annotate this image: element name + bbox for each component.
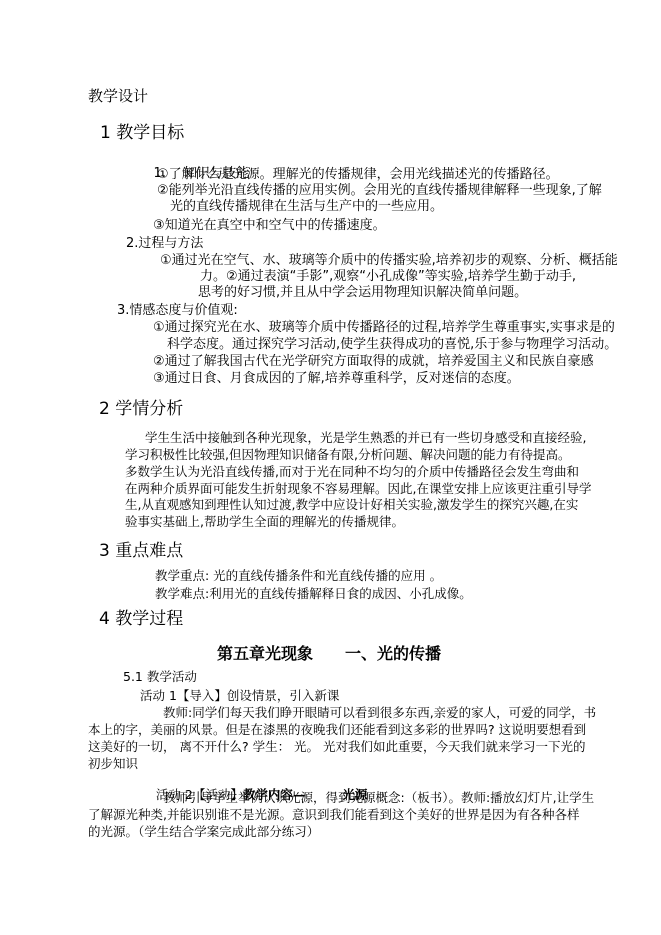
objective-emotion-line: ①通过探究光在水、玻璃等介质中传播路径的过程,培养学生尊重事实,实事求是的 — [153, 321, 615, 336]
objective-knowledge-line: 光的直线传播规律在生活与生产中的一些应用。 — [170, 200, 443, 215]
activity1-line: 初步知识 — [88, 757, 138, 771]
activity2-line: 教师引导学生举例认识光源，得到光源概念:（板书）。教师:播放幻灯片,让学生 — [163, 791, 594, 805]
objective-emotion-line: ③通过日食、月食成因的了解,培养尊重科学，反对迷信的态度。 — [153, 372, 520, 387]
objective-knowledge-line: ②能列举光沿直线传播的应用实例。会用光的直线传播规律解释一些现象,了解 — [157, 184, 602, 199]
objective-emotion-line: 科学态度。通过探究学习活动,使学生获得成功的喜悦,乐于参与物理学习活动。 — [167, 338, 617, 353]
key-point-line: 教学重点: 光的直线传播条件和光直线传播的应用 。 — [155, 569, 442, 583]
heading-key-points: 3 重点难点 — [99, 542, 183, 562]
analysis-line: 学生生活中接触到各种光现象，光是学生熟悉的并已有一些切身感受和直接经验, — [145, 431, 586, 445]
heading-objectives: 1 教学目标 — [100, 124, 184, 144]
activity2-line: 的光源。（学生结合学案完成此部分练习） — [88, 825, 319, 839]
analysis-line: 验事实基础上,帮助学生全面的理解光的传播规律。 — [125, 515, 404, 529]
activity2-line: 了解源光种类,并能识别谁不是光源。意识到我们能看到这个美好的世界是因为有各种各样 — [88, 808, 579, 822]
objectives-emotion-title: 3.情感态度与价值观: — [117, 304, 238, 319]
activity1-line: 这美好的一切， 离不开什么? 学生： 光。 光对我们如此重要，今天我们就来学习一… — [88, 740, 586, 754]
activity-section-label: 5.1 教学活动 — [123, 670, 197, 684]
heading-process: 4 教学过程 — [99, 610, 183, 630]
analysis-line: 学习积极性比较强,但因物理知识储备有限,分析问题、解决问题的能力有待提高。 — [125, 448, 570, 462]
analysis-line: 多数学生认为光沿直线传播,而对于光在同种不均匀的介质中传播路径会发生弯曲和 — [125, 465, 579, 479]
objective-knowledge-line: ①了解什么是光源。理解光的传播规律，会用光线描述光的传播路径。 — [157, 168, 559, 183]
activity1-line: 本上的字，美丽的风景。但是在漆黑的夜晚我们还能看到这多彩的世界吗? 这说明要想看… — [88, 723, 586, 737]
objective-knowledge-line: ③知道光在真空中和空气中的传播速度。 — [153, 219, 386, 234]
analysis-line: 生,从直观感知到理性认知过渡,教学中应设计好相关实验,激发学生的探究兴趣,在实 — [125, 498, 578, 512]
objective-method-line: ①通过光在空气、水、玻璃等介质中的传播实验,培养初步的观察、分析、概括能 — [160, 254, 618, 269]
heading-analysis: 2 学情分析 — [99, 400, 183, 420]
activity1-title: 活动 1【导入】创设情景，引入新课 — [140, 689, 339, 703]
document-title: 教学设计 — [88, 88, 148, 105]
chapter-title: 第五章光现象 一、光的传播 — [88, 641, 570, 664]
document-page: 教学设计 1 教学目标 1.知识与技能 ①了解什么是光源。理解光的传播规律，会用… — [0, 0, 661, 935]
objective-method-line: 思考的好习惯,并且从中学会运用物理知识解决简单问题。 — [198, 286, 527, 301]
objectives-method-title: 2.过程与方法 — [126, 237, 203, 252]
key-point-line: 教学难点:利用光的直线传播解释日食的成因、小孔成像。 — [155, 587, 472, 601]
analysis-line: 在两种介质界面可能发生折射现象不容易理解。因此,在课堂安排上应该更注重引导学 — [125, 482, 591, 496]
objective-method-line: 力。②通过表演“手影”,观察“小孔成像”等实验,培养学生勤于动手, — [200, 270, 576, 285]
objective-emotion-line: ②通过了解我国古代在光学研究方面取得的成就，培养爱国主义和民族自豪感 — [153, 355, 594, 370]
activity1-line: 教师:同学们每天我们睁开眼睛可以看到很多东西,亲爱的家人，可爱的同学，书 — [163, 706, 596, 720]
